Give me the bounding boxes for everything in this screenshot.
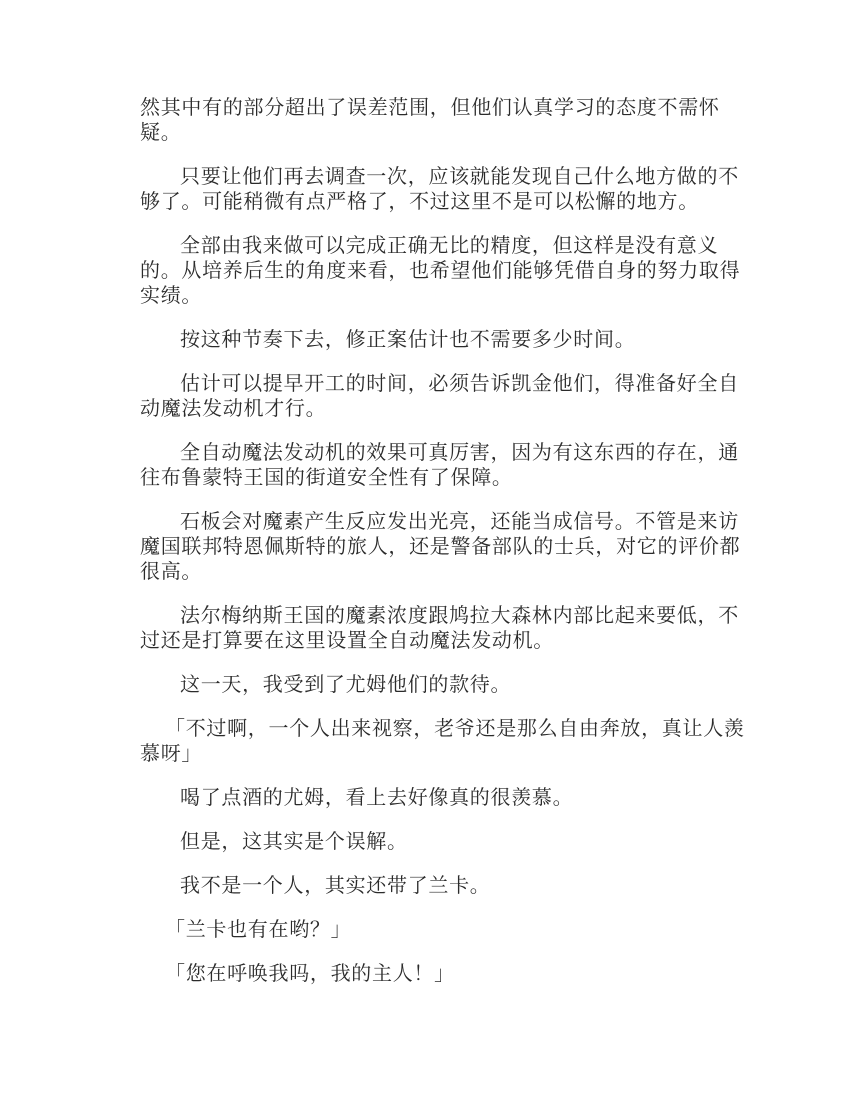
paragraph: 只要让他们再去调查一次，应该就能发现自己什么地方做的不够了。可能稍微有点严格了，… — [140, 165, 745, 215]
paragraph: 石板会对魔素产生反应发出光亮，还能当成信号。不管是来访魔国联邦特恩佩斯特的旅人，… — [140, 510, 745, 585]
paragraph-dialogue: 「您在呼唤我吗，我的主人！」 — [140, 962, 745, 987]
novel-text-body: 然其中有的部分超出了误差范围，但他们认真学习的态度不需怀疑。 只要让他们再去调查… — [140, 96, 745, 1006]
paragraph: 然其中有的部分超出了误差范围，但他们认真学习的态度不需怀疑。 — [140, 96, 745, 146]
paragraph-dialogue: 「兰卡也有在哟？」 — [140, 918, 745, 943]
paragraph: 我不是一个人，其实还带了兰卡。 — [140, 874, 745, 899]
paragraph: 法尔梅纳斯王国的魔素浓度跟鸠拉大森林内部比起来要低，不过还是打算要在这里设置全自… — [140, 604, 745, 654]
paragraph: 全部由我来做可以完成正确无比的精度，但这样是没有意义的。从培养后生的角度来看，也… — [140, 234, 745, 309]
paragraph: 按这种节奏下去，修正案估计也不需要多少时间。 — [140, 328, 745, 353]
novel-page: 然其中有的部分超出了误差范围，但他们认真学习的态度不需怀疑。 只要让他们再去调查… — [0, 0, 850, 1100]
paragraph: 喝了点酒的尤姆，看上去好像真的很羡慕。 — [140, 786, 745, 811]
paragraph: 估计可以提早开工的时间，必须告诉凯金他们，得准备好全自动魔法发动机才行。 — [140, 372, 745, 422]
paragraph: 但是，这其实是个误解。 — [140, 830, 745, 855]
paragraph: 全自动魔法发动机的效果可真厉害，因为有这东西的存在，通往布鲁蒙特王国的街道安全性… — [140, 441, 745, 491]
paragraph: 这一天，我受到了尤姆他们的款待。 — [140, 673, 745, 698]
paragraph-dialogue: 「不过啊，一个人出来视察，老爷还是那么自由奔放，真让人羡慕呀」 — [140, 717, 745, 767]
